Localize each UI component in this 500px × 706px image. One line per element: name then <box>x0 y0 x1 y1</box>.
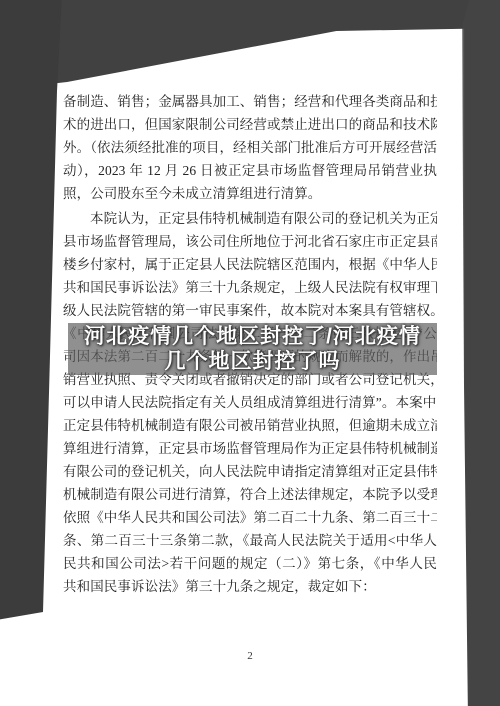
text-line: 级人民法院管辖的第一审民事案件，故本院对本案具有管辖权。 <box>63 299 437 322</box>
text-line: 县市场监督管理局，该公司住所地位于河北省石家庄市正定县南 <box>63 230 437 253</box>
watermark-overlay: 河北疫情几个地区封控了/河北疫情 几个地区封控了吗 <box>68 323 437 375</box>
text-line: 外。（依法须经批准的项目，经相关部门批准后方可开展经营活 <box>63 136 437 159</box>
watermark-text-line-1: 河北疫情几个地区封控了/河北疫情 <box>84 324 421 349</box>
photo-border-right <box>462 0 500 706</box>
text-line: 照，公司股东至今未成立清算组进行清算。 <box>63 182 437 205</box>
text-line: 术的进出口，但国家限制公司经营或禁止进出口的商品和技术除 <box>63 113 437 136</box>
text-line: 本院认为，正定县伟特机械制造有限公司的登记机关为正定 <box>63 207 437 230</box>
text-line: 正定县伟特机械制造有限公司被吊销营业执照，但逾期未成立清 <box>63 414 437 437</box>
page-number: 2 <box>0 650 500 662</box>
photo-border-left <box>0 0 62 626</box>
text-line: 机械制造有限公司进行清算，符合上述法律规定，本院予以受理。 <box>63 483 437 506</box>
text-line: 动），2023 年 12 月 26 日被正定县市场监督管理局吊销营业执 <box>63 159 437 182</box>
text-line: 依照《中华人民共和国公司法》第二百二十九条、第二百三十二 <box>63 506 437 529</box>
text-line: 楼乡付家村，属于正定县人民法院辖区范围内，根据《中华人民 <box>63 253 437 276</box>
text-line: 有限公司的登记机关，向人民法院申请指定清算组对正定县伟特 <box>63 460 437 483</box>
text-line: 条、第二百三十三条第二款，《最高人民法院关于适用<中华人 <box>63 529 437 552</box>
text-line: 备制造、销售；金属器具加工、销售；经营和代理各类商品和技 <box>63 90 437 113</box>
photo-border-top <box>0 0 500 92</box>
watermark-text-line-2: 几个地区封控了吗 <box>165 349 341 374</box>
text-line: 共和国民事诉讼法》第三十九条规定，上级人民法院有权审理下 <box>63 276 437 299</box>
text-line: 算组进行清算，正定县市场监督管理局作为正定县伟特机械制造 <box>63 437 437 460</box>
text-line: 可以申请人民法院指定有关人员组成清算组进行清算”。本案中， <box>63 391 437 414</box>
text-line: 民共和国公司法>若干问题的规定（二）》第七条，《中华人民 <box>63 552 437 575</box>
text-line: 共和国民事诉讼法》第三十九条之规定，裁定如下： <box>63 575 437 598</box>
